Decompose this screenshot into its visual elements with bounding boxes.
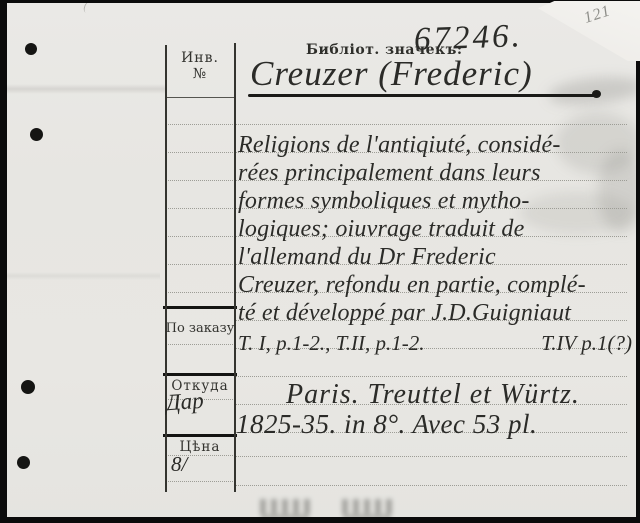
- ruled-line: [165, 208, 235, 209]
- entry-line: rées principalement dans leurs: [238, 159, 586, 187]
- scan-edge-left: [0, 0, 7, 523]
- ghost-stamp: [340, 499, 394, 514]
- heading-underline-blob: [592, 90, 601, 98]
- ruled-line: [165, 124, 235, 125]
- pencil-mark: [82, 1, 92, 14]
- ruled-line: [165, 152, 235, 153]
- punch-hole: [25, 43, 37, 55]
- ruled-line: [163, 306, 237, 309]
- entry-line: Religions de l'antiqiuté, considé-: [238, 131, 586, 159]
- ruled-line: [165, 292, 235, 293]
- accession-number: 67246.: [413, 18, 523, 59]
- volumes-left: T. I, p.1-2., T.II, p.1-2.: [238, 331, 424, 356]
- ruled-line: [165, 180, 235, 181]
- entry-line: té et développé par J.D.Guigniaut: [238, 299, 586, 327]
- entry-body: Religions de l'antiqiuté, considé- rées …: [238, 131, 586, 327]
- ruled-line: [235, 124, 627, 125]
- ruled-line: [165, 344, 235, 345]
- ruled-line: [165, 264, 235, 265]
- ruled-line: [235, 376, 627, 377]
- field-label-by-order: По заказу: [165, 321, 235, 336]
- imprint-details: 1825-35. in 8°. Avec 53 pl.: [236, 409, 537, 440]
- ruled-line: [165, 481, 235, 482]
- scan-edge-top: [0, 0, 640, 3]
- volumes-right: T.IV p.1(?): [541, 331, 632, 356]
- column-divider-left: [165, 45, 167, 492]
- field-label-inventory-no: №: [165, 66, 235, 82]
- entry-line: formes symboliques et mytho-: [238, 187, 586, 215]
- ruled-line: [163, 434, 237, 437]
- field-value-origin: Дар: [165, 388, 204, 417]
- field-value-price: 8/: [171, 452, 187, 477]
- punch-hole: [21, 380, 35, 394]
- scan-edge-right: [636, 55, 640, 517]
- entry-heading: Creuzer (Frederic): [250, 54, 533, 94]
- punch-hole: [17, 456, 30, 469]
- volumes-line: T. I, p.1-2., T.II, p.1-2. T.IV p.1(?): [238, 331, 632, 356]
- paper-crease: [0, 272, 160, 280]
- heading-underline: [248, 94, 600, 97]
- paper-crease: [0, 84, 165, 94]
- imprint-place: Paris. Treuttel et Würtz.: [286, 379, 580, 411]
- ruled-line: [165, 236, 235, 237]
- ghost-stamp: [258, 499, 312, 514]
- ruled-line: [163, 373, 237, 376]
- scan-edge-bottom: [0, 517, 640, 523]
- field-label-inventory: Инв.: [165, 50, 235, 66]
- ruled-line: [235, 485, 627, 486]
- entry-line: logiques; oiuvrage traduit de: [238, 215, 586, 243]
- catalog-card-scan: Инв. № По заказу Откуда Дар Цѣна 8/ Библ…: [0, 0, 640, 523]
- entry-line: l'allemand du Dr Frederic: [238, 243, 586, 271]
- ruled-line: [235, 456, 627, 457]
- entry-line: Creuzer, refondu en partie, complé-: [238, 271, 586, 299]
- ruled-line: [165, 97, 235, 98]
- punch-hole: [30, 128, 43, 141]
